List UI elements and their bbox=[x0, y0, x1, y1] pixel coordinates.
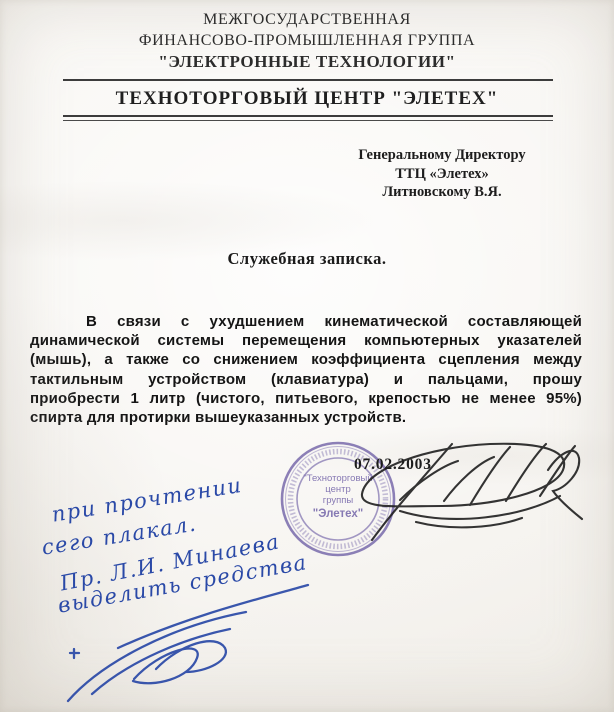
addressee-org: ТТЦ «Элетех» bbox=[332, 165, 552, 184]
memo-body: В связи с ухудшением кинематической сост… bbox=[30, 312, 582, 427]
letterhead-rule-top bbox=[63, 79, 553, 81]
org-name-line2: ФИНАНСОВО-ПРОМЫШЛЕННАЯ ГРУППА bbox=[0, 30, 614, 51]
svg-text:группы: группы bbox=[323, 495, 354, 506]
body-line: динамической системы перемещения компьют… bbox=[30, 331, 582, 350]
org-name-line1: МЕЖГОСУДАРСТВЕННАЯ bbox=[0, 9, 614, 30]
svg-text:"Элетех": "Элетех" bbox=[313, 508, 363, 520]
addressee-name: Литновскому В.Я. bbox=[332, 183, 552, 202]
body-line: тактильным устройством (клавиатура) и па… bbox=[30, 370, 582, 389]
memo-date: 07.02.2003 bbox=[354, 456, 432, 474]
addressee-role: Генеральному Директору bbox=[332, 146, 552, 165]
center-name-title: ТЕХНОТОРГОВЫЙ ЦЕНТР "ЭЛЕТЕХ" bbox=[0, 88, 614, 110]
addressee-block: Генеральному Директору ТТЦ «Элетех» Литн… bbox=[332, 146, 552, 202]
scanned-memo-page: МЕЖГОСУДАРСТВЕННАЯ ФИНАНСОВО-ПРОМЫШЛЕННА… bbox=[0, 0, 614, 712]
document-subject: Служебная записка. bbox=[0, 249, 614, 269]
letterhead-rule-bottom bbox=[63, 115, 553, 121]
body-line: приобрести 1 литр (чистого, питьевого, к… bbox=[30, 389, 582, 408]
body-line: спирта для протирки вышеуказанных устрой… bbox=[30, 408, 582, 427]
svg-text:"Техноторговый: "Техноторговый bbox=[303, 473, 372, 484]
body-line: (мышь), а также со снижением коэффициент… bbox=[30, 350, 582, 369]
svg-text:центр: центр bbox=[325, 484, 351, 495]
org-name-line3: "ЭЛЕКТРОННЫЕ ТЕХНОЛОГИИ" bbox=[0, 51, 614, 73]
letterhead: МЕЖГОСУДАРСТВЕННАЯ ФИНАНСОВО-ПРОМЫШЛЕННА… bbox=[0, 9, 614, 73]
body-line: В связи с ухудшением кинематической сост… bbox=[30, 312, 582, 331]
